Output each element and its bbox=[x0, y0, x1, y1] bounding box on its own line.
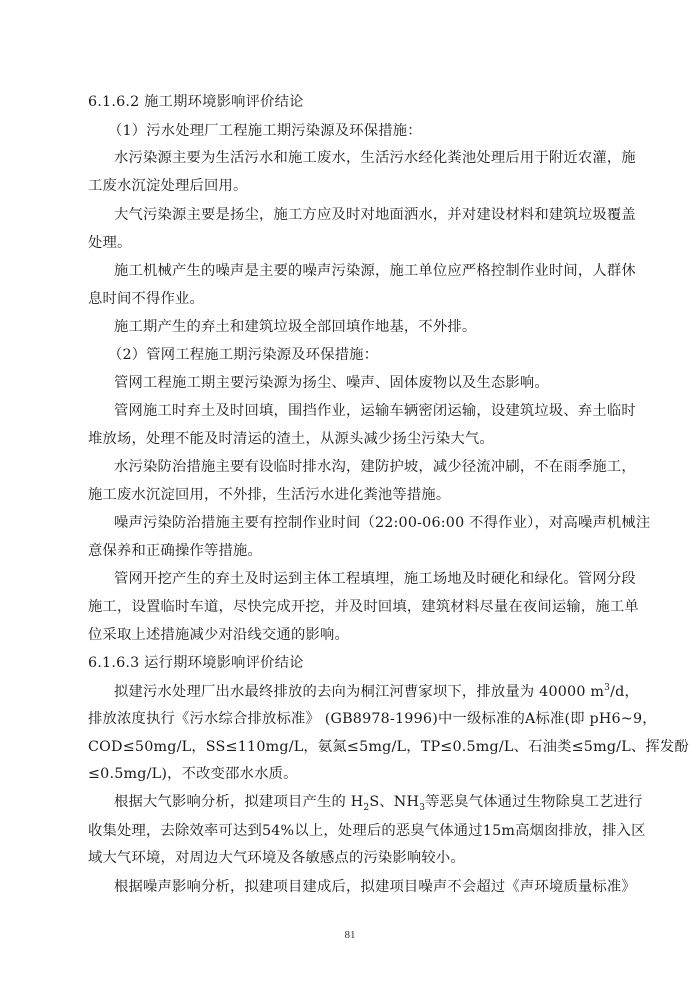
page-number: 81 bbox=[0, 929, 700, 941]
text-line: 施工废水沉淀回用，不外排，生活污水进化粪池等措施。 bbox=[88, 485, 618, 505]
text-line: 管网开挖产生的弃土及时运到主体工程填埋，施工场地及时硬化和绿化。管网分段 bbox=[114, 569, 618, 589]
section-heading: 6.1.6.3 运行期环境影响评价结论 bbox=[88, 653, 618, 673]
text-span: S、NH bbox=[369, 794, 419, 810]
text-line: 水污染源主要为生活污水和施工废水，生活污水经化粪池处理后用于附近农灌，施 bbox=[114, 148, 618, 168]
text-line: 施工机械产生的噪声是主要的噪声污染源，施工单位应严格控制作业时间，人群休 bbox=[114, 261, 618, 281]
text-line: 域大气环境，对周边大气环境及各敏感点的污染影响较小。 bbox=[88, 848, 618, 868]
document-page: 6.1.6.2 施工期环境影响评价结论（1）污水处理厂工程施工期污染源及环保措施… bbox=[0, 0, 700, 989]
text-span: 拟建污水处理厂出水最终排放的去向为桐江河曹家坝下，排放量为 40000 m bbox=[114, 684, 604, 700]
text-line: ≤0.5mg/L)，不改变邵水水质。 bbox=[88, 764, 618, 784]
text-line: 处理。 bbox=[88, 233, 618, 253]
text-line: 管网工程施工期主要污染源为扬尘、噪声、固体废物以及生态影响。 bbox=[114, 373, 618, 393]
text-line: 大气污染源主要是扬尘，施工方应及时对地面洒水，并对建设材料和建筑垃圾覆盖 bbox=[114, 205, 618, 225]
text-line: 施工期产生的弃土和建筑垃圾全部回填作地基，不外排。 bbox=[114, 317, 618, 337]
text-line: （2）管网工程施工期污染源及环保措施： bbox=[108, 345, 638, 365]
text-span: /d， bbox=[610, 684, 639, 700]
text-line: 位采取上述措施减少对沿线交通的影响。 bbox=[88, 625, 618, 645]
text-span: 根据大气影响分析，拟建项目产生的 H bbox=[114, 794, 363, 810]
text-line: 根据噪声影响分析，拟建项目建成后，拟建项目噪声不会超过《声环境质量标准》 bbox=[114, 877, 618, 897]
text-line: COD≤50mg/L，SS≤110mg/L，氨氮≤5mg/L，TP≤0.5mg/… bbox=[88, 737, 618, 757]
text-line: 堆放场，处理不能及时清运的渣土，从源头减少扬尘污染大气。 bbox=[88, 429, 618, 449]
text-line: 施工，设置临时车道，尽快完成开挖，并及时回填，建筑材料尽量在夜间运输，施工单 bbox=[88, 597, 618, 617]
text-line: 工废水沉淀处理后回用。 bbox=[88, 176, 618, 196]
text-line-air: 根据大气影响分析，拟建项目产生的 H2S、NH3等恶臭气体通过生物除臭工艺进行 bbox=[114, 792, 618, 812]
section-heading: 6.1.6.2 施工期环境影响评价结论 bbox=[88, 92, 618, 112]
text-line-discharge: 拟建污水处理厂出水最终排放的去向为桐江河曹家坝下，排放量为 40000 m3/d… bbox=[114, 682, 618, 702]
text-line: 意保养和正确操作等措施。 bbox=[88, 541, 618, 561]
text-span: 等恶臭气体通过生物除臭工艺进行 bbox=[425, 794, 642, 810]
text-line: 水污染防治措施主要有设临时排水沟，建防护坡，减少径流冲刷，不在雨季施工， bbox=[114, 457, 618, 477]
text-line: （1）污水处理厂工程施工期污染源及环保措施： bbox=[108, 121, 638, 141]
text-line: 排放浓度执行《污水综合排放标准》 (GB8978-1996)中一级标准的A标准(… bbox=[88, 709, 618, 729]
text-line: 噪声污染防治措施主要有控制作业时间（22:00-06:00 不得作业），对高噪声… bbox=[114, 513, 618, 533]
text-line: 管网施工时弃土及时回填，围挡作业，运输车辆密闭运输，设建筑垃圾、弃土临时 bbox=[114, 401, 618, 421]
text-line: 收集处理，去除效率可达到54%以上，处理后的恶臭气体通过15m高烟囱排放，排入区 bbox=[88, 821, 618, 841]
text-line: 息时间不得作业。 bbox=[88, 289, 618, 309]
